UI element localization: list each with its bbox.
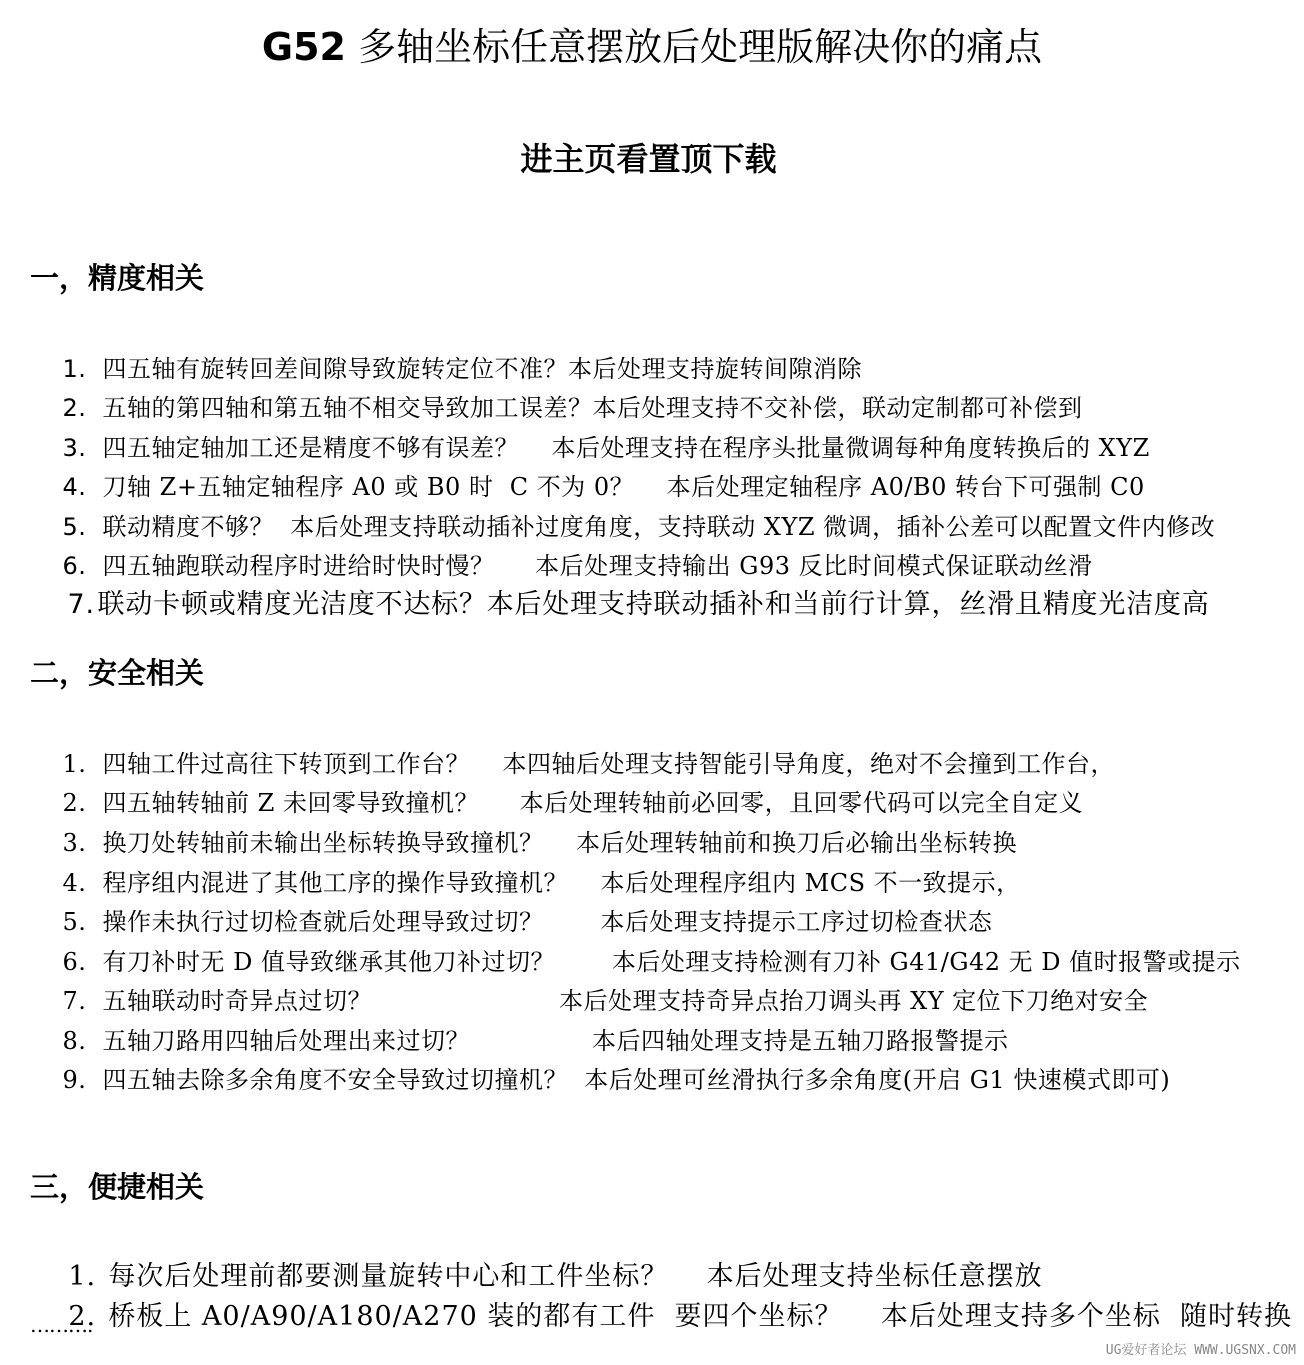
list-item: 7.联动卡顿或精度光洁度不达标？本后处理支持联动插补和当前行计算，丝滑且精度光洁… [30,554,1210,656]
item-text: 联动卡顿或精度光洁度不达标？本后处理支持联动插补和当前行计算，丝滑且精度光洁度高 [98,589,1210,620]
list-item: 2.桥板上 A0/A90/A180/A270 装的都有工件 要四个坐标？ 本后处… [30,1266,1292,1365]
list-item: 9.四五轴去除多余角度不安全导致过切撞机？ 本后处理可丝滑执行多余角度(开启 G… [30,1029,1170,1131]
section-heading-convenience: 三，便捷相关 [30,1167,204,1207]
item-text: 桥板上 A0/A90/A180/A270 装的都有工件 要四个坐标？ 本后处理支… [108,1301,1292,1332]
item-number: 9. [63,1063,103,1097]
section-heading-safety: 二，安全相关 [30,653,204,693]
ellipsis: ………. [30,1313,92,1337]
title-prefix: G52 [262,25,346,69]
section-heading-precision: 一，精度相关 [30,258,204,298]
document-title: G52 多轴坐标任意摆放后处理版解决你的痛点 [0,22,1304,72]
title-text: 多轴坐标任意摆放后处理版解决你的痛点 [346,25,1042,69]
document-subtitle: 进主页看置顶下载 [0,137,1297,181]
item-text: 四五轴去除多余角度不安全导致过切撞机？ 本后处理可丝滑执行多余角度(开启 G1 … [103,1066,1171,1094]
item-number: 7. [68,588,98,622]
watermark: UG爱好者论坛 WWW.UGSNX.COM [1106,1342,1296,1360]
